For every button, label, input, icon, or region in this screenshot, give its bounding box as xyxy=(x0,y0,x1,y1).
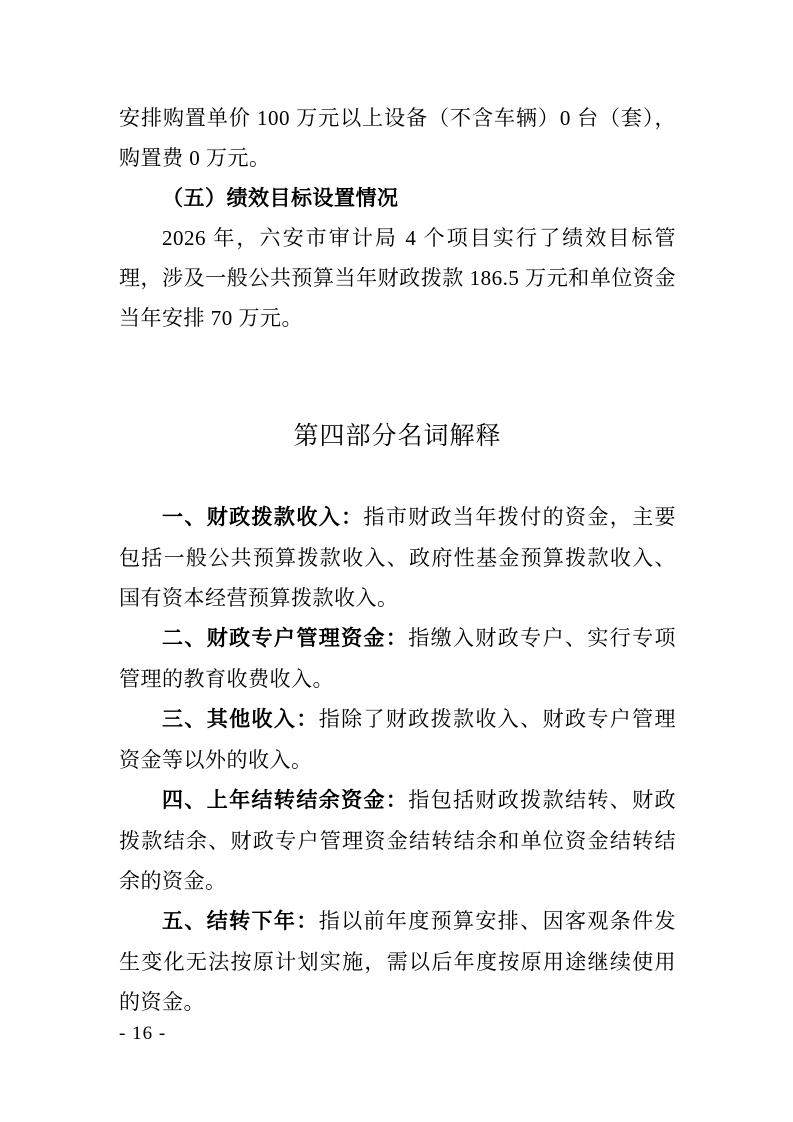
page-number: - 16 - xyxy=(119,1024,676,1044)
definition-term: 五、结转下年： xyxy=(162,910,319,933)
definition-term: 二、财政专户管理资金： xyxy=(162,627,408,650)
section-heading-part-four-glossary: 第四部分名词解释 xyxy=(119,416,676,456)
subheading-performance-targets: （五）绩效目标设置情况 xyxy=(119,178,676,218)
definition-item-fiscal-appropriation-income: 一、财政拨款收入：指市财政当年拨付的资金，主要包括一般公共预算拨款收入、政府性基… xyxy=(119,497,676,618)
definition-item-carryover-surplus-funds: 四、上年结转结余资金：指包括财政拨款结转、财政拨款结余、财政专户管理资金结转结余… xyxy=(119,780,676,901)
definition-term: 四、上年结转结余资金： xyxy=(162,789,408,812)
document-page: 安排购置单价 100 万元以上设备（不含车辆）0 台（套），购置费 0 万元。 … xyxy=(0,0,793,1122)
definition-term: 三、其他收入： xyxy=(162,708,319,731)
definition-item-other-income: 三、其他收入：指除了财政拨款收入、财政专户管理资金等以外的收入。 xyxy=(119,699,676,780)
definition-item-carryover-to-next-year: 五、结转下年：指以前年度预算安排、因客观条件发生变化无法按原计划实施，需以后年度… xyxy=(119,901,676,1022)
definition-term: 一、财政拨款收入： xyxy=(162,506,363,529)
definitions-list: 一、财政拨款收入：指市财政当年拨付的资金，主要包括一般公共预算拨款收入、政府性基… xyxy=(119,497,676,1022)
paragraph-equipment-purchase: 安排购置单价 100 万元以上设备（不含车辆）0 台（套），购置费 0 万元。 xyxy=(119,98,676,178)
document-content: 安排购置单价 100 万元以上设备（不含车辆）0 台（套），购置费 0 万元。 … xyxy=(119,98,676,1044)
paragraph-performance-targets: 2026 年，六安市审计局 4 个项目实行了绩效目标管理，涉及一般公共预算当年财… xyxy=(119,218,676,338)
definition-item-fiscal-special-account-funds: 二、财政专户管理资金：指缴入财政专户、实行专项管理的教育收费收入。 xyxy=(119,618,676,699)
